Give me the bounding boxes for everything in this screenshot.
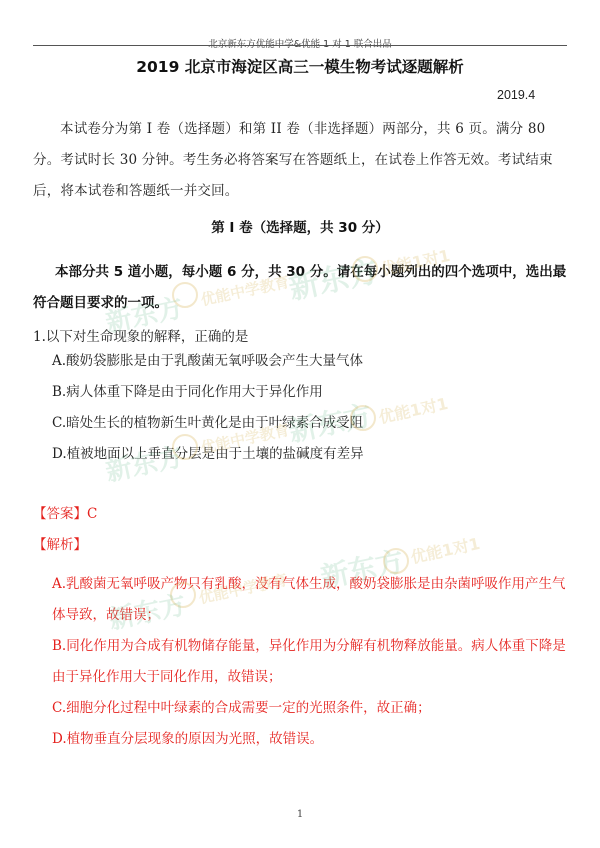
analysis-item-b: B.同化作用为合成有机物储存能量，异化作用为分解有机物释放能量。病人体重下降是由…: [52, 631, 567, 693]
analysis-item-d: D.植物垂直分层现象的原因为光照，故错误。: [52, 724, 567, 755]
option-c: C.暗处生长的植物新生叶黄化是由于叶绿素合成受阻: [52, 408, 572, 439]
document-title: 2019 北京市海淀区高三一模生物考试逐题解析: [0, 55, 600, 77]
analysis-list: A.乳酸菌无氧呼吸产物只有乳酸，没有气体生成，酸奶袋膨胀是由杂菌呼吸作用产生气体…: [52, 569, 567, 755]
question-options: A.酸奶袋膨胀是由于乳酸菌无氧呼吸会产生大量气体 B.病人体重下降是由于同化作用…: [52, 346, 572, 470]
exam-intro: 本试卷分为第 I 卷（选择题）和第 II 卷（非选择题）两部分，共 6 页。满分…: [33, 114, 567, 207]
analysis-item-a: A.乳酸菌无氧呼吸产物只有乳酸，没有气体生成，酸奶袋膨胀是由杂菌呼吸作用产生气体…: [52, 569, 567, 631]
analysis-label: 【解析】: [33, 533, 87, 553]
section-instructions: 本部分共 5 道小题，每小题 6 分，共 30 分。请在每小题列出的四个选项中，…: [33, 257, 567, 319]
page-number: 1: [0, 809, 600, 820]
document-date: 2019.4: [497, 88, 535, 102]
publisher-header: 北京新东方优能中学&优能 1 对 1 联合出品: [0, 36, 600, 50]
option-d: D.植被地面以上垂直分层是由于土壤的盐碱度有差异: [52, 439, 572, 470]
option-b: B.病人体重下降是由于同化作用大于异化作用: [52, 377, 572, 408]
watermark-youneng-1v1: 优能1对1: [408, 531, 482, 568]
header-divider: [33, 45, 567, 46]
analysis-item-c: C.细胞分化过程中叶绿素的合成需要一定的光照条件，故正确；: [52, 693, 567, 724]
section-title: 第 I 卷（选择题，共 30 分）: [0, 216, 600, 236]
answer-label: 【答案】C: [33, 502, 97, 522]
option-a: A.酸奶袋膨胀是由于乳酸菌无氧呼吸会产生大量气体: [52, 346, 572, 377]
